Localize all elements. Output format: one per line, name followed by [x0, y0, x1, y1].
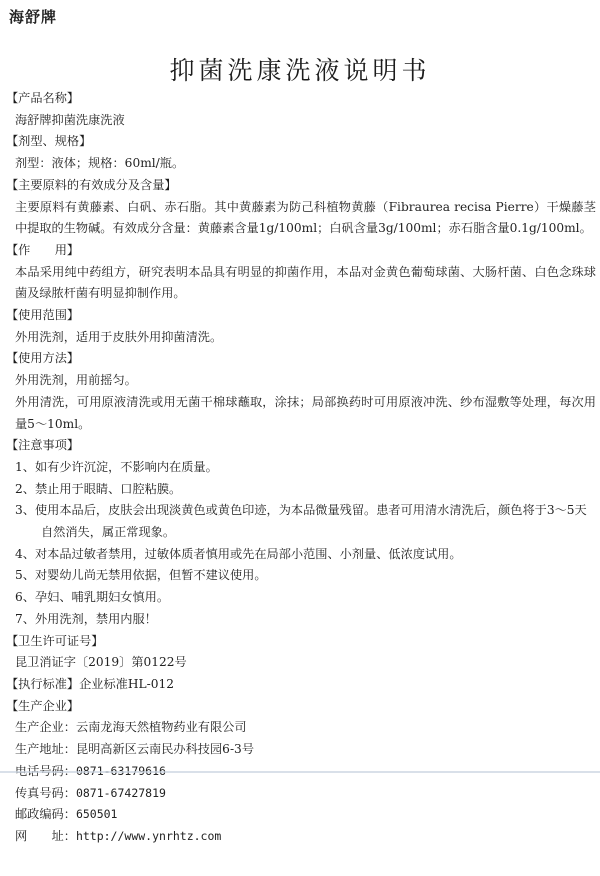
manufacturer-company: 生产企业： 云南龙海天然植物药业有限公司 — [6, 717, 596, 739]
product-name-text: 海舒牌抑菌洗康洗液 — [6, 110, 596, 132]
section-heading: 【使用方法】 — [6, 348, 596, 370]
section-product-name: 【产品名称】 海舒牌抑菌洗康洗液 — [6, 88, 596, 131]
section-usage: 【使用方法】 外用洗剂，用前摇匀。 外用清洗，可用原液清洗或用无菌干棉球蘸取，涂… — [6, 348, 596, 435]
section-heading: 【生产企业】 — [6, 696, 596, 718]
precaution-item: 5、对婴幼儿尚无禁用依据，但暂不建议使用。 — [6, 565, 596, 587]
scope-text: 外用洗剂，适用于皮肤外用抑菌清洗。 — [6, 327, 596, 349]
section-heading: 【剂型、规格】 — [6, 131, 596, 153]
license-text: 昆卫消证字〔2019〕第0122号 — [6, 652, 596, 674]
manufacturer-address: 生产地址： 昆明高新区云南民办科技园6-3号 — [6, 739, 596, 761]
ingredients-text: 主要原料有黄藤素、白矾、赤石脂。其中黄藤素为防己科植物黄藤（Fibraurea … — [6, 197, 596, 240]
field-value: 昆明高新区云南民办科技园6-3号 — [76, 739, 254, 761]
field-label: 网 址： — [15, 826, 76, 848]
field-label: 传真号码： — [15, 783, 76, 805]
section-heading: 【产品名称】 — [6, 88, 596, 110]
section-scope: 【使用范围】 外用洗剂，适用于皮肤外用抑菌清洗。 — [6, 305, 596, 348]
section-heading: 【作 用】 — [6, 240, 596, 262]
scan-divider-line — [0, 771, 600, 773]
usage-line: 外用洗剂，用前摇匀。 — [6, 370, 596, 392]
section-heading: 【主要原料的有效成分及含量】 — [6, 175, 596, 197]
precaution-item: 3、使用本品后，皮肤会出现淡黄色或黄色印迹，为本品微量残留。患者可用清水清洗后，… — [6, 500, 596, 543]
field-value: 0871-67427819 — [76, 783, 166, 805]
manufacturer-fax: 传真号码： 0871-67427819 — [6, 783, 596, 805]
section-heading: 【注意事项】 — [6, 435, 596, 457]
usage-line: 外用清洗，可用原液清洗或用无菌干棉球蘸取，涂抹；局部换药时可用原液冲洗、纱布湿敷… — [6, 392, 596, 435]
brand-label: 海舒牌 — [9, 6, 57, 27]
section-heading: 【执行标准】 — [6, 677, 79, 691]
field-value: 云南龙海天然植物药业有限公司 — [76, 717, 247, 739]
precaution-item: 6、孕妇、哺乳期妇女慎用。 — [6, 587, 596, 609]
precaution-item: 4、对本品过敏者禁用，过敏体质者慎用或先在局部小范围、小剂量、低浓度试用。 — [6, 544, 596, 566]
instruction-document: 【产品名称】 海舒牌抑菌洗康洗液 【剂型、规格】 剂型：液体；规格：60ml/瓶… — [6, 88, 596, 848]
section-ingredients: 【主要原料的有效成分及含量】 主要原料有黄藤素、白矾、赤石脂。其中黄藤素为防己科… — [6, 175, 596, 240]
field-label: 生产企业： — [15, 717, 76, 739]
section-license: 【卫生许可证号】 昆卫消证字〔2019〕第0122号 — [6, 631, 596, 674]
precaution-item: 2、禁止用于眼睛、口腔粘膜。 — [6, 479, 596, 501]
section-form-spec: 【剂型、规格】 剂型：液体；规格：60ml/瓶。 — [6, 131, 596, 174]
precaution-item: 1、如有少许沉淀，不影响内在质量。 — [6, 457, 596, 479]
website-link: http://www.ynrhtz.com — [76, 826, 221, 848]
section-precautions: 【注意事项】 1、如有少许沉淀，不影响内在质量。 2、禁止用于眼睛、口腔粘膜。 … — [6, 435, 596, 630]
form-spec-text: 剂型：液体；规格：60ml/瓶。 — [6, 153, 596, 175]
manufacturer-website: 网 址： http://www.ynrhtz.com — [6, 826, 596, 848]
section-heading: 【使用范围】 — [6, 305, 596, 327]
section-effect: 【作 用】 本品采用纯中药组方，研究表明本品具有明显的抑菌作用，本品对金黄色葡萄… — [6, 240, 596, 305]
effect-text: 本品采用纯中药组方，研究表明本品具有明显的抑菌作用，本品对金黄色葡萄球菌、大肠杆… — [6, 262, 596, 305]
precaution-item: 7、外用洗剂，禁用内服！ — [6, 609, 596, 631]
standard-text: 企业标准HL-012 — [79, 677, 174, 691]
field-value: 650501 — [76, 804, 118, 826]
section-heading: 【卫生许可证号】 — [6, 631, 596, 653]
field-label: 生产地址： — [15, 739, 76, 761]
document-title: 抑菌洗康洗液说明书 — [150, 51, 450, 87]
section-standard: 【执行标准】企业标准HL-012 — [6, 674, 596, 696]
manufacturer-postcode: 邮政编码： 650501 — [6, 804, 596, 826]
field-label: 邮政编码： — [15, 804, 76, 826]
